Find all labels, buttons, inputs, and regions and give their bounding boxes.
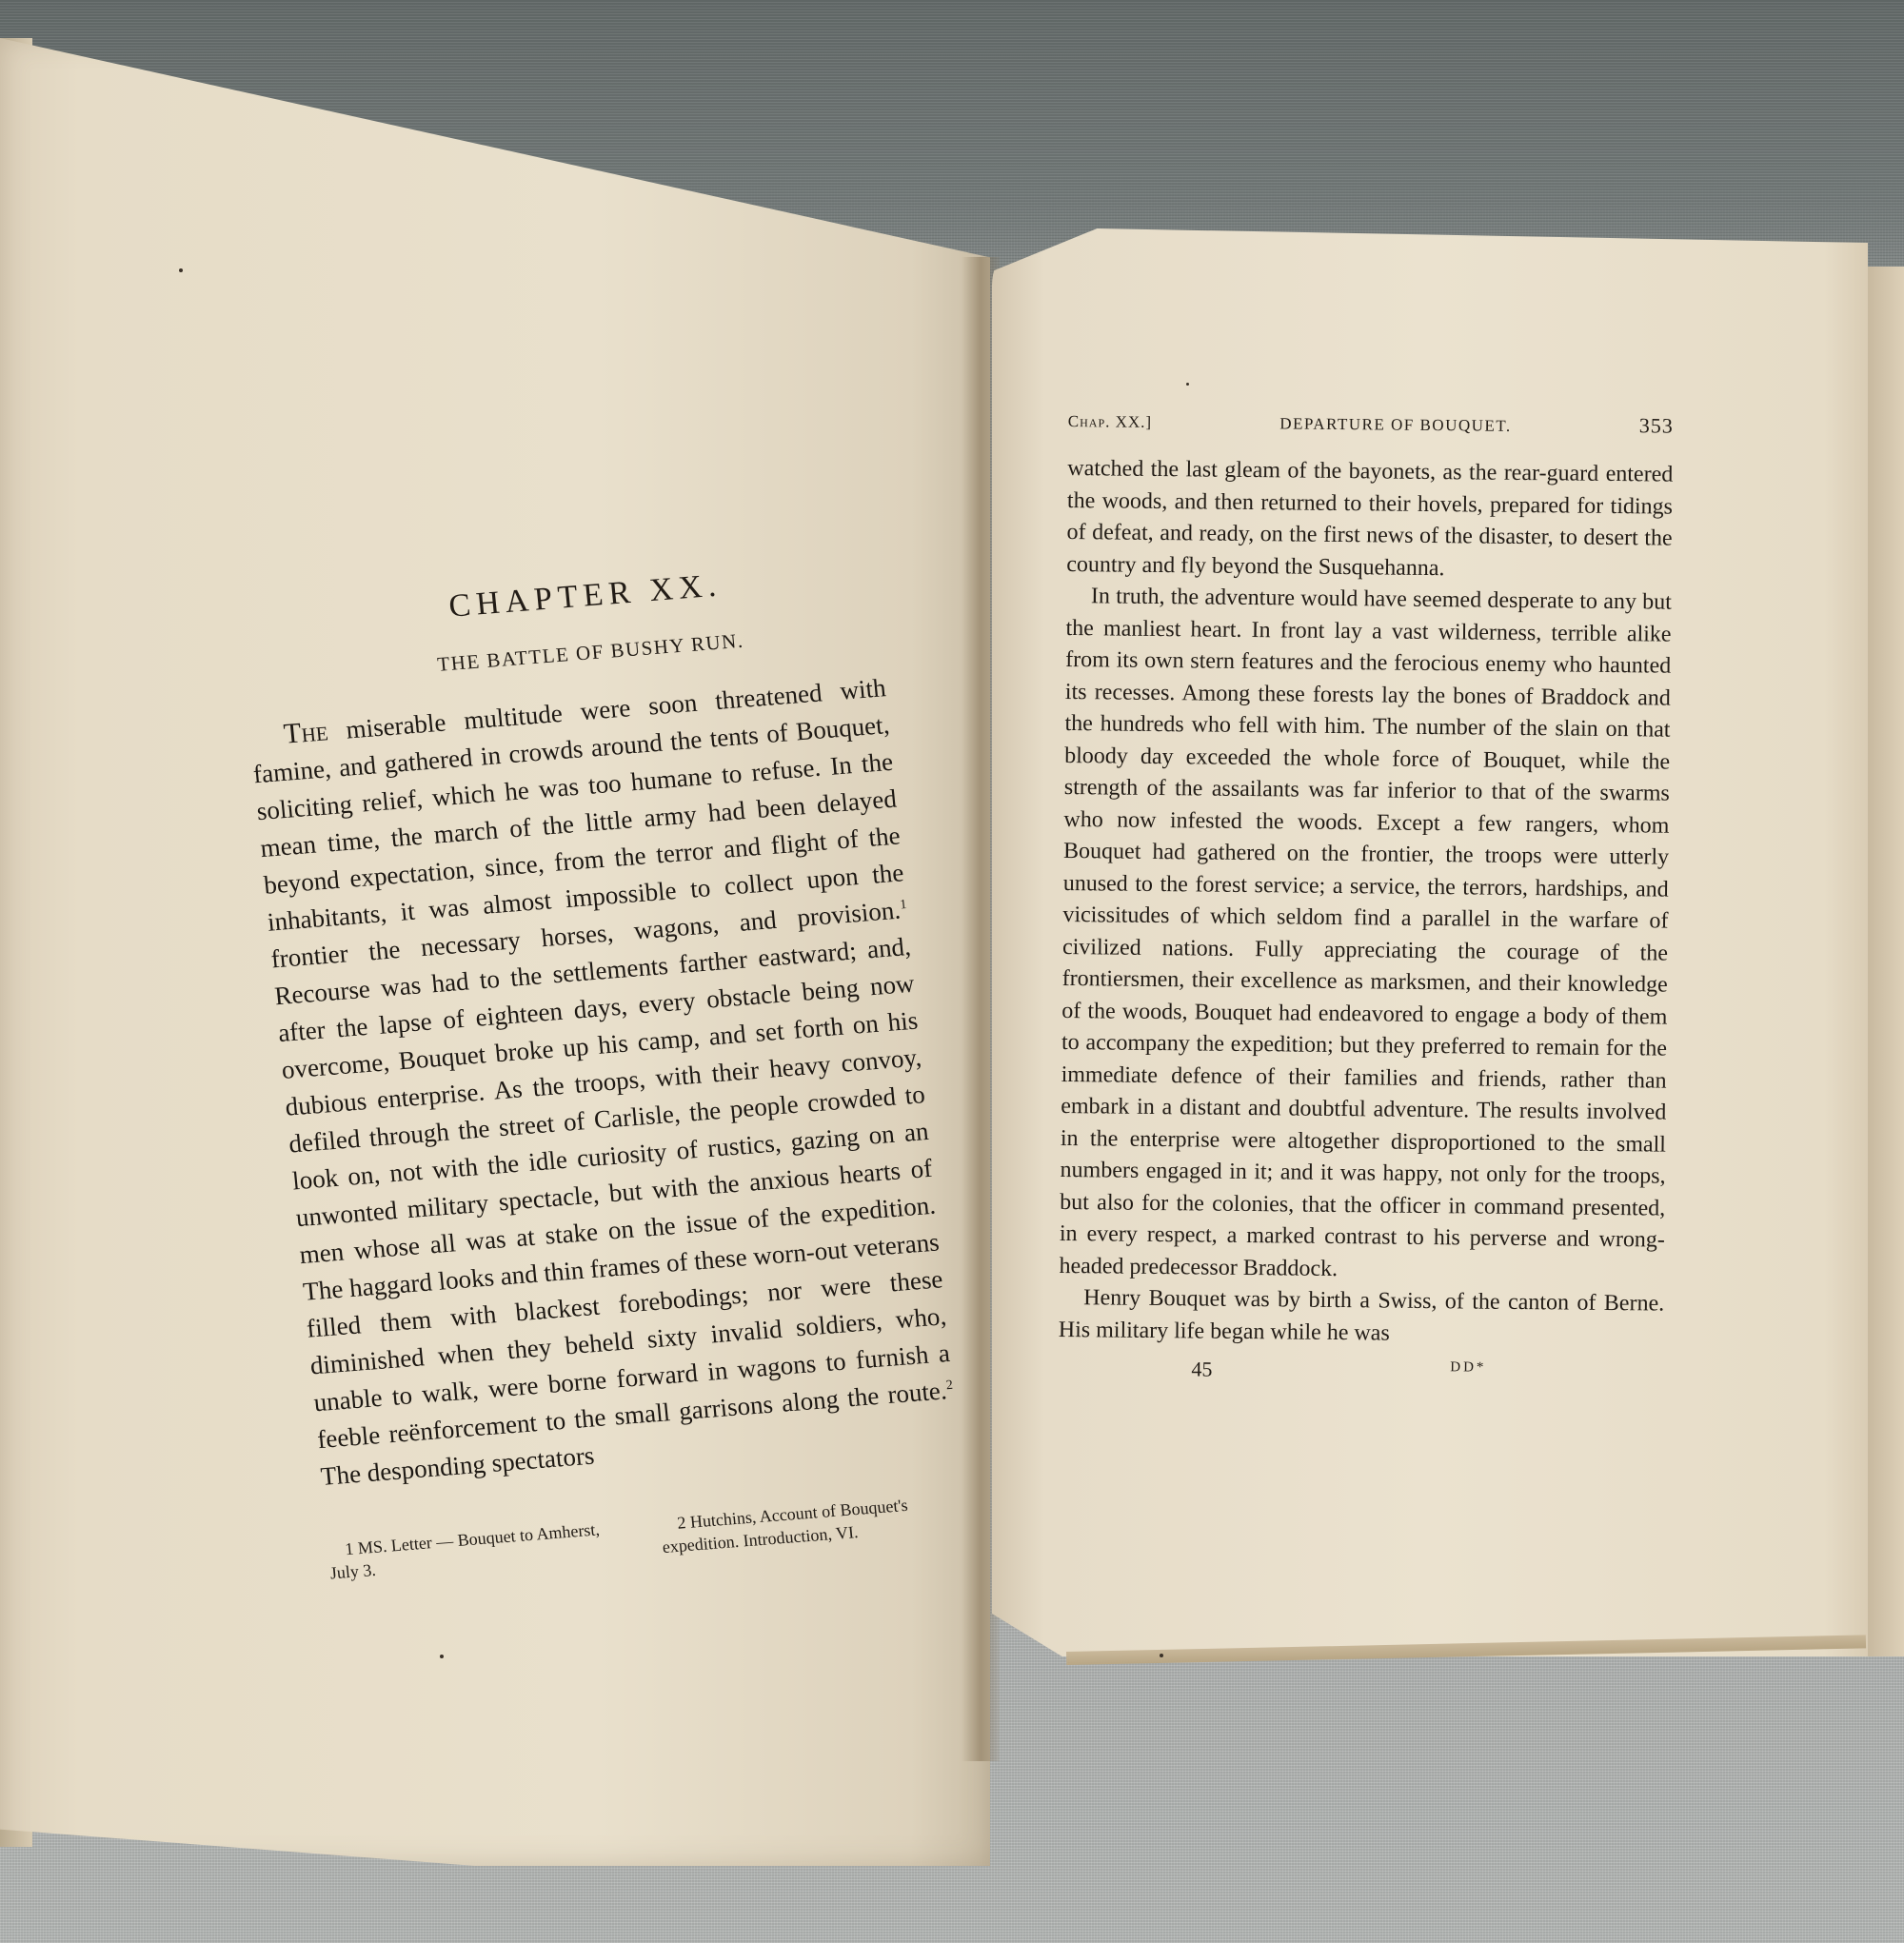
printer-signature: 45 DD* (1191, 1357, 1486, 1384)
right-body: watched the last gleam of the bayonets, … (1059, 453, 1674, 1353)
right-paragraph: Henry Bouquet was by birth a Swiss, of t… (1059, 1282, 1665, 1353)
lead-small-caps: The (283, 715, 329, 749)
running-head-title: DEPARTURE OF BOUQUET. (1279, 414, 1512, 436)
right-page-text: Chap. XX.] DEPARTURE OF BOUQUET. 353 wat… (1058, 407, 1674, 1387)
footnote-ref[interactable]: 2 (945, 1378, 953, 1393)
right-paragraph: In truth, the adventure would have seeme… (1059, 581, 1672, 1289)
left-body: The miserable multitude were soon threat… (248, 668, 959, 1496)
left-page-text: CHAPTER XX. THE BATTLE OF BUSHY RUN. The… (237, 556, 967, 1585)
running-head-chapter: Chap. XX.] (1068, 412, 1153, 432)
right-paragraph: watched the last gleam of the bayonets, … (1066, 453, 1673, 587)
paper-speck (1160, 1654, 1163, 1657)
running-head: Chap. XX.] DEPARTURE OF BOUQUET. 353 (1068, 407, 1674, 439)
left-paragraph: The miserable multitude were soon threat… (248, 668, 959, 1496)
signature-mark: DD* (1450, 1359, 1486, 1384)
paper-speck (1186, 383, 1189, 386)
paper-speck (440, 1655, 444, 1658)
page-number: 353 (1639, 413, 1674, 438)
paper-speck (179, 268, 183, 272)
footnote-ref[interactable]: 1 (900, 898, 907, 912)
sheet-number: 45 (1191, 1357, 1212, 1381)
